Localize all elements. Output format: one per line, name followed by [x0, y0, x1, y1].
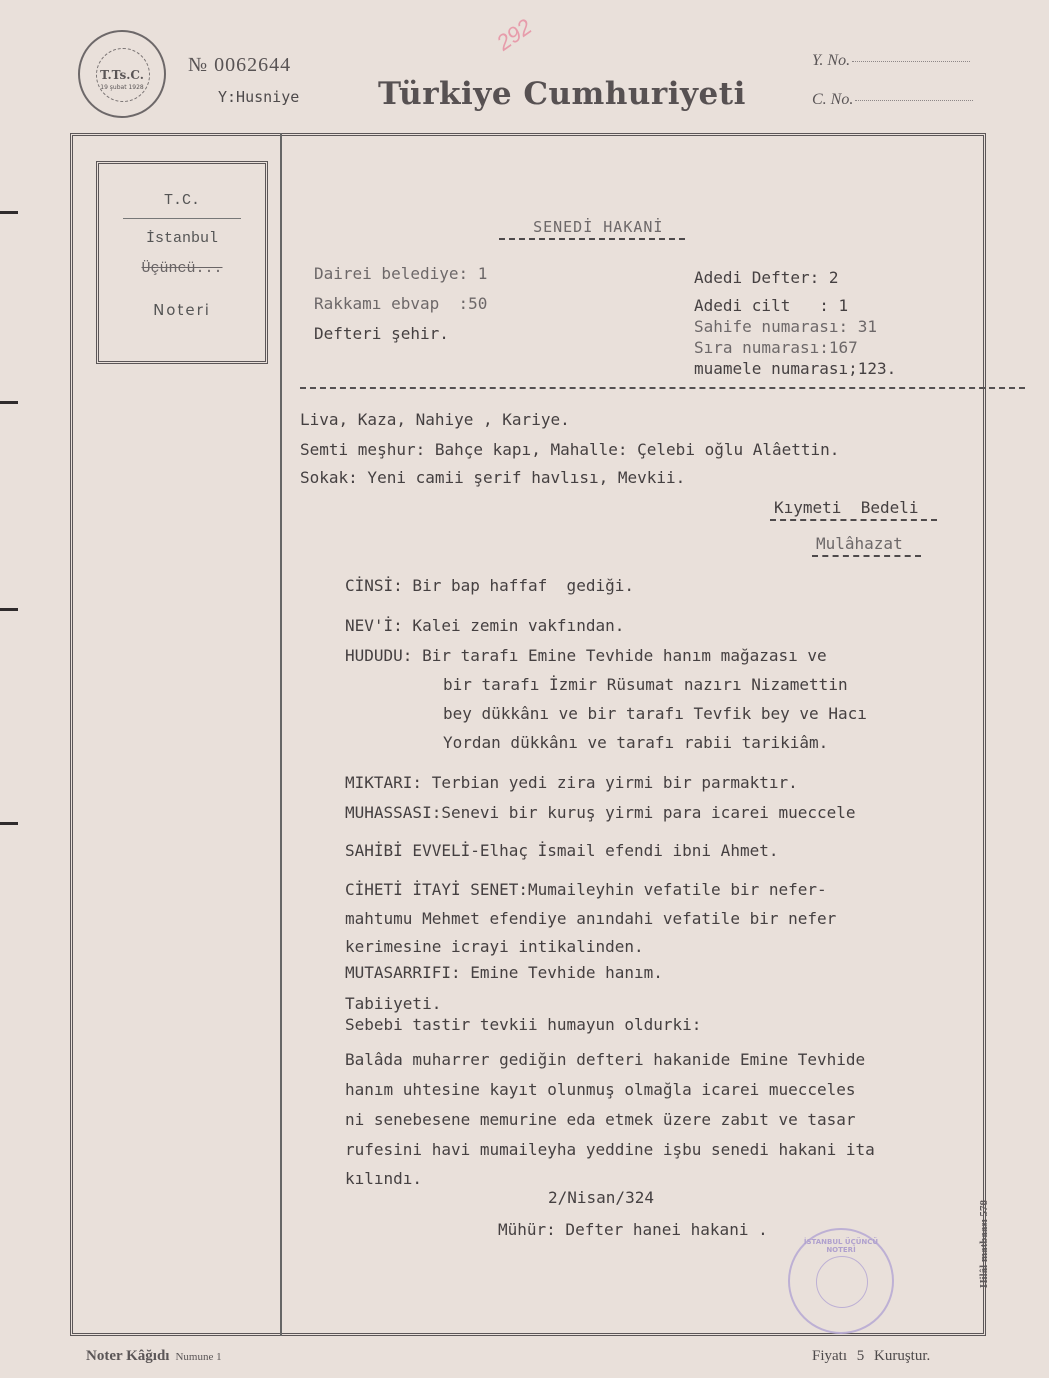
field-ciheti-itayi-cont: kerimesine icrayi intikalinden. — [345, 939, 644, 955]
footer-price: Fiyatı 5 Kuruştur. — [812, 1348, 930, 1365]
seal-note: Mühür: Defter hanei hakani . — [498, 1222, 768, 1238]
body-line: hanım uhtesine kayıt olunmuş olmağla ica… — [345, 1082, 856, 1098]
body-line: kılındı. — [345, 1171, 422, 1187]
field-hududu: HUDUDU: Bir tarafı Emine Tevhide hanım m… — [345, 648, 827, 664]
field-defteri-sehir: Defteri şehir. — [314, 326, 449, 342]
notary-stamp-icon: İSTANBUL ÜÇÜNCÜ NOTERİ — [788, 1228, 894, 1334]
field-sebebi: Sebebi tastir tevkii humayun oldurki: — [345, 1017, 701, 1033]
serial-number: № 0062644 — [188, 54, 291, 77]
field-adedi-cilt: Adedi cilt : 1 — [694, 298, 848, 314]
field-sahibi-evveli: SAHİBİ EVVELİ-Elhaç İsmail efendi ibni A… — [345, 843, 778, 859]
y-number-field: Y. No. — [812, 52, 970, 70]
document-date: 2/Nisan/324 — [548, 1190, 654, 1206]
mulahazat-label: Mulâhazat — [812, 536, 921, 552]
field-ciheti-itayi: CİHETİ İTAYİ SENET:Mumaileyhin vefatile … — [345, 882, 827, 898]
body-line: ni senebesene memurine eda etmek üzere z… — [345, 1112, 856, 1128]
margin-mark — [0, 401, 18, 404]
location-line: Semti meşhur: Bahçe kapı, Mahalle: Çeleb… — [300, 442, 839, 458]
body-line: Balâda muharrer gediğin defteri hakanide… — [345, 1052, 865, 1068]
field-sira-numarasi: Sıra numarası:167 — [694, 340, 858, 356]
document-heading: SENEDİ HAKANİ — [515, 205, 685, 235]
page-title: Türkiye Cumhuriyeti — [378, 76, 746, 112]
margin-mark — [0, 211, 18, 214]
notary-box: T.C. İstanbul Üçüncü... Noteri — [96, 161, 268, 364]
column-divider — [280, 133, 282, 1336]
body-line: rufesini havi mumaileyha yeddine işbu se… — [345, 1142, 875, 1158]
kiymeti-bedeli-label: Kıymeti Bedeli — [770, 500, 937, 516]
field-dairei-belediye: Dairei belediye: 1 — [314, 266, 487, 282]
location-line: Liva, Kaza, Nahiye , Kariye. — [300, 412, 570, 428]
field-muhassasi: MUHASSASI:Senevi bir kuruş yirmi para ic… — [345, 805, 856, 821]
field-rakkami-ebvap: Rakkamı ebvap :50 — [314, 296, 487, 312]
field-mutasarrifi: MUTASARRIFI: Emine Tevhide hanım. — [345, 965, 663, 981]
field-tabiiyeti: Tabiiyeti. — [345, 996, 441, 1012]
typed-name: Y:Husniye — [218, 88, 299, 106]
field-ciheti-itayi-cont: mahtumu Mehmet efendiye anındahi vefatil… — [345, 911, 836, 927]
seal-icon: T.Ts.C. 19 şubat 1928 — [78, 30, 166, 118]
field-hududu-cont: bey dükkânı ve bir tarafı Tevfik bey ve … — [443, 706, 867, 722]
c-number-field: C. No. — [812, 91, 973, 109]
margin-mark — [0, 608, 18, 611]
field-muamele-numarasi: muamele numarası;123. — [694, 361, 896, 377]
pencil-annotation: 292 — [492, 14, 537, 56]
location-line: Sokak: Yeni camii şerif havlısı, Mevkii. — [300, 470, 685, 486]
field-miktari: MIKTARI: Terbian yedi zira yirmi bir par… — [345, 775, 798, 791]
footer-paper-type: Noter KâğıdıNumune 1 — [86, 1348, 222, 1365]
field-hududu-cont: Yordan dükkânı ve tarafı rabii tarikiâm. — [443, 735, 828, 751]
field-hududu-cont: bir tarafı İzmir Rüsumat nazırı Nizamett… — [443, 677, 848, 693]
section-divider — [300, 387, 1025, 389]
margin-mark — [0, 822, 18, 825]
printer-mark: Hilâl matbaası 578 — [976, 1160, 996, 1290]
field-cinsi: CİNSİ: Bir bap haffaf gediği. — [345, 578, 634, 594]
field-adedi-defter: Adedi Defter: 2 — [694, 270, 839, 286]
field-sahife-numarasi: Sahife numarası: 31 — [694, 319, 877, 335]
field-nevi: NEV'İ: Kalei zemin vakfından. — [345, 618, 624, 634]
